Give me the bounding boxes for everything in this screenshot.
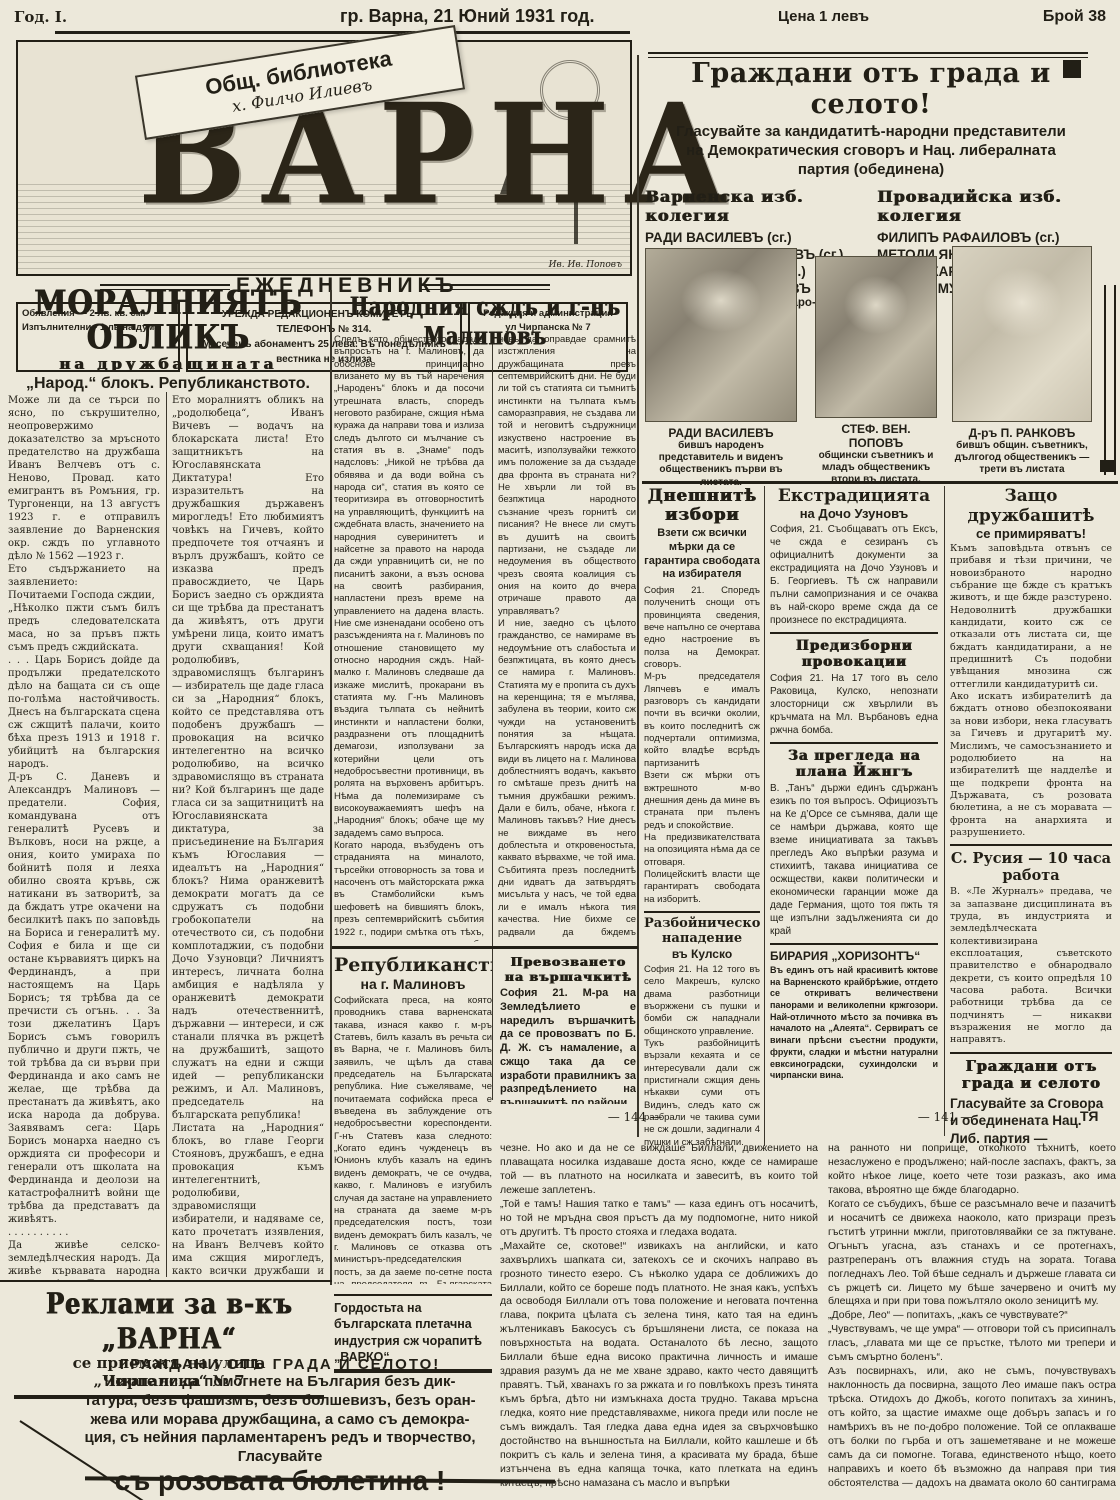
photo-name: Д-ръ П. РАНКОВЪ xyxy=(952,426,1092,440)
article-moral-title: МОРАЛНИЯТЪ ОБЛИКЪ xyxy=(8,285,328,355)
college-varna-heading: Варненска изб. колегия xyxy=(645,187,865,225)
article-dneshni-body: София 21. Споредъ полученитѣ снощи отъ п… xyxy=(644,585,760,906)
article-provok-body: София 21. На 17 того въ село Раковица, К… xyxy=(770,672,938,737)
announcement-subtitle: Гласувайте за кандидатитѣ-народни предст… xyxy=(645,123,1097,179)
reklami-title: Реклами за в-къ „ВАРНА“ xyxy=(14,1286,324,1356)
issue-date: гр. Варна, 21 Юний 1931 год. xyxy=(340,6,594,27)
separator xyxy=(950,1052,1112,1054)
article-dneshni-title: Днешнитѣ избори xyxy=(644,486,760,524)
vrule-moral-malinov xyxy=(330,290,332,1285)
separator xyxy=(770,742,938,744)
issue-number: Брой 38 xyxy=(1043,8,1106,26)
masthead-banner: ВАРНА Общ. библиотека х. Филчо Илиевъ Ив… xyxy=(16,40,632,276)
feuilleton-title: ТЯ xyxy=(1080,1108,1098,1124)
candidate: ФИЛИПЪ РАФАИЛОВЪ (сг.) xyxy=(877,229,1097,246)
separator xyxy=(770,632,938,634)
article-ekstr-subtitle: на Дочо Узуновъ xyxy=(770,506,938,521)
feuilleton-page-right: — 141 — xyxy=(900,1110,990,1124)
article-zashto-title: Защо дружбашитѣ xyxy=(950,486,1112,526)
vrule-malinov-cols xyxy=(492,332,493,1100)
article-ekstr-body: София, 21. Съобщаватъ отъ Ексъ, че сжда … xyxy=(770,523,938,627)
vrule-moral-cols xyxy=(166,392,167,1277)
column-ekstraditsia: Екстрадицията на Дочо Узуновъ София, 21.… xyxy=(770,486,938,1148)
rule-above-republic xyxy=(332,946,638,949)
separator xyxy=(644,911,760,913)
photo-caption: бившъ общин. съветникъ, дългогод обществ… xyxy=(952,440,1092,477)
grazhdani-right-title: Граждани отъ града и селото xyxy=(950,1058,1112,1092)
article-moral-subtitle1: на дружбащината xyxy=(8,355,328,373)
feuilleton-col-right: на ранното ни поприще, отколкото тѣхнитѣ… xyxy=(828,1142,1116,1494)
artist-signature: Ив. Ив. Поповъ xyxy=(549,260,622,270)
column-dneshni: Днешнитѣ избори Взети сж всички мѣрки да… xyxy=(644,486,760,1148)
bottom-call-line2: Искате ли да помогнете на България безъ … xyxy=(0,1373,560,1448)
corner-box-icon xyxy=(1063,60,1081,78)
feuilleton-page-left: — 144 — xyxy=(590,1110,680,1124)
bottom-call-line1: ГРАЖДАНИ ОТЪ ГРАДА И СЕЛОТО! xyxy=(0,1356,560,1373)
separator xyxy=(770,943,938,945)
article-rusia-body: В. «Ле Журналъ» предава, че за запазване… xyxy=(950,886,1112,1046)
article-ekstr-title: Екстрадицията xyxy=(770,486,938,506)
candidate: РАДИ ВАСИЛЕВЪ (сг.) xyxy=(645,229,865,246)
article-republic-body: Софийската преса, на която проводникъ ст… xyxy=(334,995,492,1284)
article-republic-subtitle: на г. Малиновъ xyxy=(334,976,492,992)
photo-figure-stef-popov: СТЕФ. ВЕН. ПОПОВЪ общински съветникъ и м… xyxy=(815,256,937,487)
article-varshachki-title: Превозването на вършачкитѣ xyxy=(500,954,636,984)
college-provadia-heading: Провадийска изб. колегия xyxy=(877,187,1097,225)
rule-above-reklami xyxy=(0,1280,332,1282)
photo-figure-rankov: Д-ръ П. РАНКОВЪ бившъ общин. съветникъ, … xyxy=(952,246,1092,477)
article-malinov-col1: Следъ като обществото зададе въпросътъ н… xyxy=(334,334,484,942)
photo-figure-radi-vasilev: РАДИ ВАСИЛЕВЪ бившъ народенъ представите… xyxy=(645,248,797,489)
article-zashto-body: Къмъ заповѣдьта отвънъ се прибавя и тѣзи… xyxy=(950,543,1112,839)
announcement-title: Граждани отъ града и селото! xyxy=(645,58,1097,120)
article-moral-col2: Ето моралниятъ обликъ на „родолюбеца“, И… xyxy=(172,394,324,1280)
article-razboy-title: Разбойническо нападение xyxy=(644,917,760,947)
article-malinov-col2: новъ да оправдае срамнитѣ изстжпления на… xyxy=(498,334,636,942)
ornament-strip xyxy=(1104,285,1116,475)
article-republic: Републиканството на г. Малиновъ Софийска… xyxy=(334,954,492,1284)
article-rusia-title: С. Русия — 10 часа работа xyxy=(950,850,1112,884)
newspaper-page: Год. I. гр. Варна, 21 Юний 1931 год. Цен… xyxy=(0,0,1120,1500)
photo-name: СТЕФ. ВЕН. ПОПОВЪ xyxy=(815,422,937,450)
price-label: Цена 1 левъ xyxy=(778,8,869,25)
article-young-body: В. „Танъ“ държи единъ сдържанъ езикъ по … xyxy=(770,782,938,938)
article-moral-col1: Може ли да се търси по ясно, по съкрушит… xyxy=(8,394,160,1280)
article-razboy-subtitle: въ Кулско xyxy=(644,947,760,961)
birariya-body: Въ единъ отъ най красивитѣ кжтове на Вар… xyxy=(770,965,938,1082)
year-label: Год. I. xyxy=(14,8,67,26)
column-zashto: Защо дружбашитѣ се примиряватъ! Къмъ зап… xyxy=(950,486,1112,1148)
photos-bottom-rule xyxy=(642,481,1118,484)
topbar-rule-left xyxy=(55,31,630,34)
separator xyxy=(950,844,1112,846)
birariya-title: БИРАРИЯ „ХОРИЗОНТЪ“ xyxy=(770,949,938,963)
vrule-right-2 xyxy=(944,486,945,1136)
article-republic-title: Републиканството xyxy=(334,954,492,976)
photo-stef-popov xyxy=(815,256,937,418)
daily-rule-right xyxy=(420,284,550,290)
main-vertical-rule xyxy=(637,55,639,1137)
article-varshachki-body: София 21. М-ра на Земледѣлието е наредил… xyxy=(500,987,636,1104)
ornament-square xyxy=(1100,460,1114,472)
vrule-right-1 xyxy=(764,486,765,1146)
article-provok-title: Предизборни провокации xyxy=(770,638,938,670)
photo-radi-vasilev xyxy=(645,248,797,422)
article-dneshni-subtitle: Взети сж всички мѣрки да се гарантира св… xyxy=(644,527,760,582)
feuilleton-col-left: чезне. Но ако и да не се виждаше Биллали… xyxy=(500,1142,818,1494)
bottom-call: ГРАЖДАНИ ОТЪ ГРАДА И СЕЛОТО! Искате ли д… xyxy=(0,1356,560,1497)
article-moral: МОРАЛНИЯТЪ ОБЛИКЪ на дружбащината „Народ… xyxy=(8,290,328,393)
article-moral-subtitle2: „Народ.“ блокъ. Републиканството. xyxy=(8,375,328,393)
article-zashto-subtitle: се примиряватъ! xyxy=(950,526,1112,541)
article-varshachki: Превозването на вършачкитѣ София 21. М-р… xyxy=(500,954,636,1104)
photo-name: РАДИ ВАСИЛЕВЪ xyxy=(645,426,797,440)
article-young-title: За прегледа на плана Йжнгъ xyxy=(770,748,938,780)
photo-rankov xyxy=(952,246,1092,422)
